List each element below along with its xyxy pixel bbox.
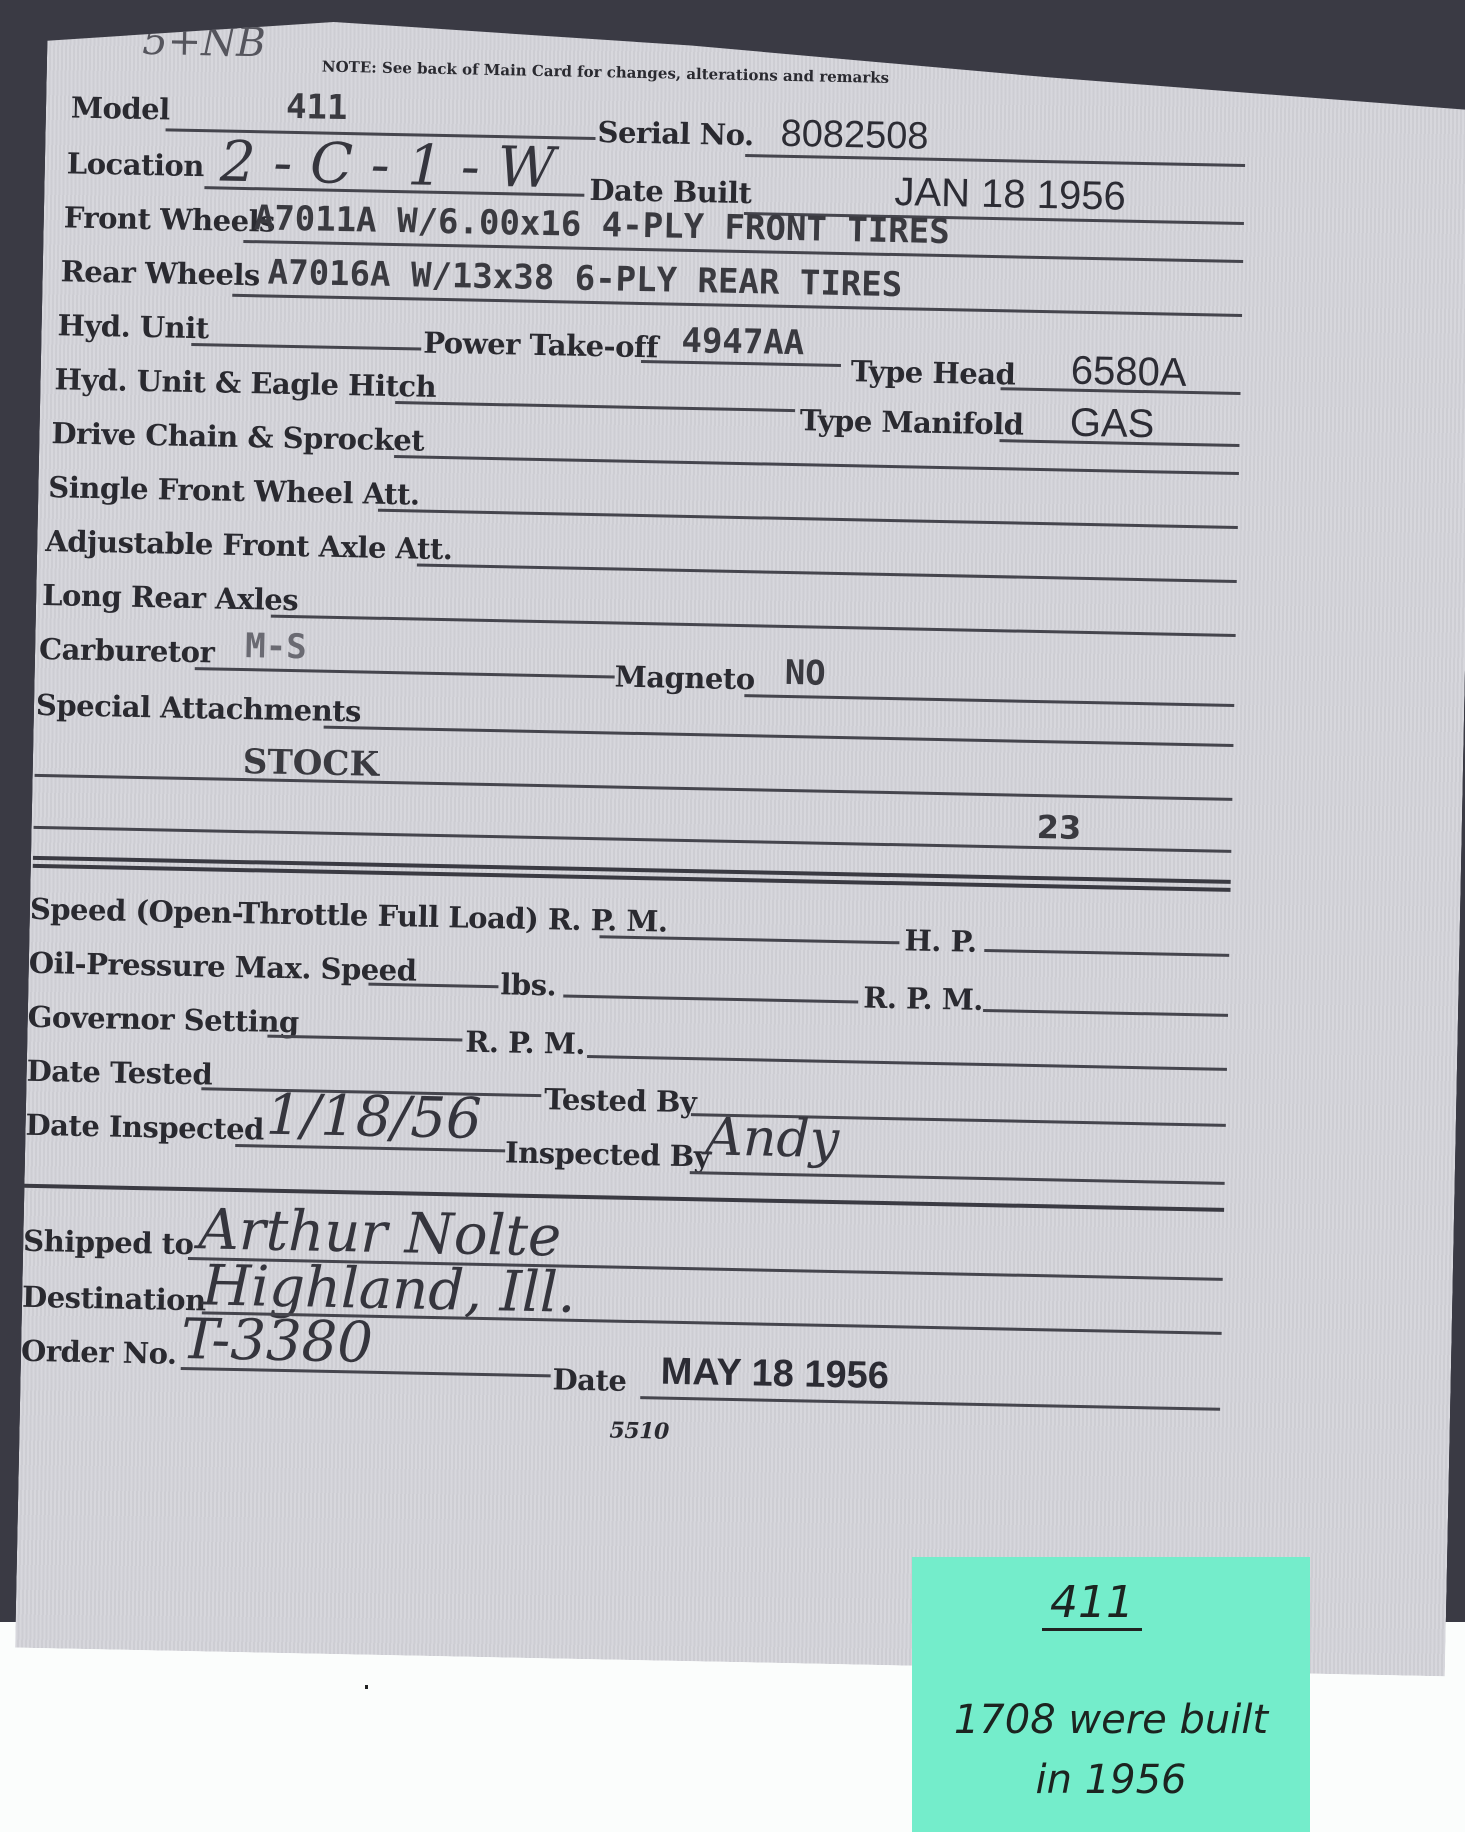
eagle-hitch-line bbox=[395, 401, 795, 412]
sticky-note: 411 1708 were built in 1956 bbox=[912, 1557, 1310, 1832]
carburetor-value: M-S bbox=[245, 626, 307, 667]
drive-chain-label: Drive Chain & Sprocket bbox=[51, 416, 424, 457]
drive-chain-line bbox=[394, 455, 1239, 475]
serial-no-value: 8082508 bbox=[780, 113, 929, 159]
speed-line bbox=[599, 935, 899, 944]
special-attachments-label: Special Attachments bbox=[36, 688, 362, 729]
governor-line bbox=[267, 1035, 462, 1042]
single-front-wheel-label: Single Front Wheel Att. bbox=[48, 470, 420, 511]
type-head-label: Type Head bbox=[851, 354, 1016, 391]
destination-label: Destination bbox=[22, 1280, 206, 1318]
sticky-line-2: in 1956 bbox=[912, 1757, 1310, 1803]
governor-setting-label: Governor Setting bbox=[27, 1000, 299, 1039]
rear-wheels-label: Rear Wheels bbox=[60, 254, 260, 292]
magneto-value: NO bbox=[784, 653, 826, 694]
sticky-model: 411 bbox=[1042, 1577, 1142, 1631]
model-label: Model bbox=[71, 90, 170, 126]
hyd-unit-line bbox=[191, 343, 421, 351]
inspected-by-signature: Andy bbox=[705, 1107, 840, 1170]
ship-date-line bbox=[640, 1396, 1220, 1411]
tractor-record-card: 5+NB NOTE: See back of Main Card for cha… bbox=[15, 8, 1465, 1676]
date-inspected-label: Date Inspected bbox=[25, 1108, 264, 1147]
pto-line bbox=[641, 360, 841, 367]
oil-pressure-label: Oil-Pressure Max. Speed bbox=[28, 946, 416, 988]
rpm-label-1: R. P. M. bbox=[863, 981, 983, 1017]
single-front-wheel-line bbox=[378, 509, 1238, 529]
special-line-2 bbox=[35, 774, 1233, 801]
order-no-label: Order No. bbox=[21, 1334, 177, 1371]
oil-pressure-line bbox=[368, 983, 498, 989]
adjustable-front-axle-label: Adjustable Front Axle Att. bbox=[45, 524, 453, 566]
front-wheels-label: Front Wheels bbox=[63, 200, 275, 238]
date-tested-label: Date Tested bbox=[26, 1054, 212, 1092]
rpm-label-2: R. P. M. bbox=[465, 1025, 585, 1061]
special-number: 23 bbox=[1036, 808, 1081, 847]
date-inspected-value: 1/18/56 bbox=[265, 1083, 482, 1152]
card-note: NOTE: See back of Main Card for changes,… bbox=[322, 58, 890, 87]
magneto-line bbox=[744, 694, 1234, 707]
model-value: 411 bbox=[286, 87, 348, 128]
speed-label: Speed (Open-Throttle Full Load) R. P. M. bbox=[30, 892, 668, 939]
ship-date-value: MAY 18 1956 bbox=[660, 1351, 889, 1399]
tested-by-label: Tested By bbox=[544, 1082, 697, 1119]
ship-date-label: Date bbox=[552, 1362, 626, 1397]
inspected-by-line bbox=[690, 1171, 1225, 1185]
hyd-unit-eagle-hitch-label: Hyd. Unit & Eagle Hitch bbox=[54, 362, 436, 404]
type-manifold-label: Type Manifold bbox=[800, 403, 1024, 441]
serial-line bbox=[745, 154, 1245, 167]
long-rear-axles-label: Long Rear Axles bbox=[42, 578, 299, 617]
shipped-to-label: Shipped to bbox=[23, 1224, 194, 1261]
magneto-label: Magneto bbox=[614, 660, 755, 697]
power-take-off-value: 4947AA bbox=[681, 321, 805, 363]
lbs-label: lbs. bbox=[500, 967, 556, 1002]
adjustable-front-axle-line bbox=[417, 564, 1237, 583]
serial-no-label: Serial No. bbox=[597, 115, 754, 152]
hyd-unit-label: Hyd. Unit bbox=[57, 308, 209, 345]
carburetor-line bbox=[195, 667, 615, 678]
carburetor-label: Carburetor bbox=[39, 632, 215, 670]
location-label: Location bbox=[67, 146, 205, 183]
special-attachments-line bbox=[324, 726, 1234, 747]
hp-line bbox=[984, 949, 1229, 957]
speck bbox=[365, 1685, 368, 1689]
lbs-line bbox=[563, 995, 858, 1004]
rpm-line-2 bbox=[587, 1055, 1227, 1071]
order-no-value: T-3380 bbox=[181, 1307, 374, 1376]
hp-label: H. P. bbox=[904, 923, 977, 958]
sticky-line-1: 1708 were built bbox=[912, 1697, 1310, 1743]
bottom-code: 5510 bbox=[609, 1418, 669, 1445]
rpm-line-1 bbox=[983, 1009, 1228, 1017]
power-take-off-label: Power Take-off bbox=[423, 326, 658, 365]
inspected-by-label: Inspected By bbox=[505, 1135, 711, 1173]
long-rear-axles-line bbox=[271, 615, 1236, 637]
